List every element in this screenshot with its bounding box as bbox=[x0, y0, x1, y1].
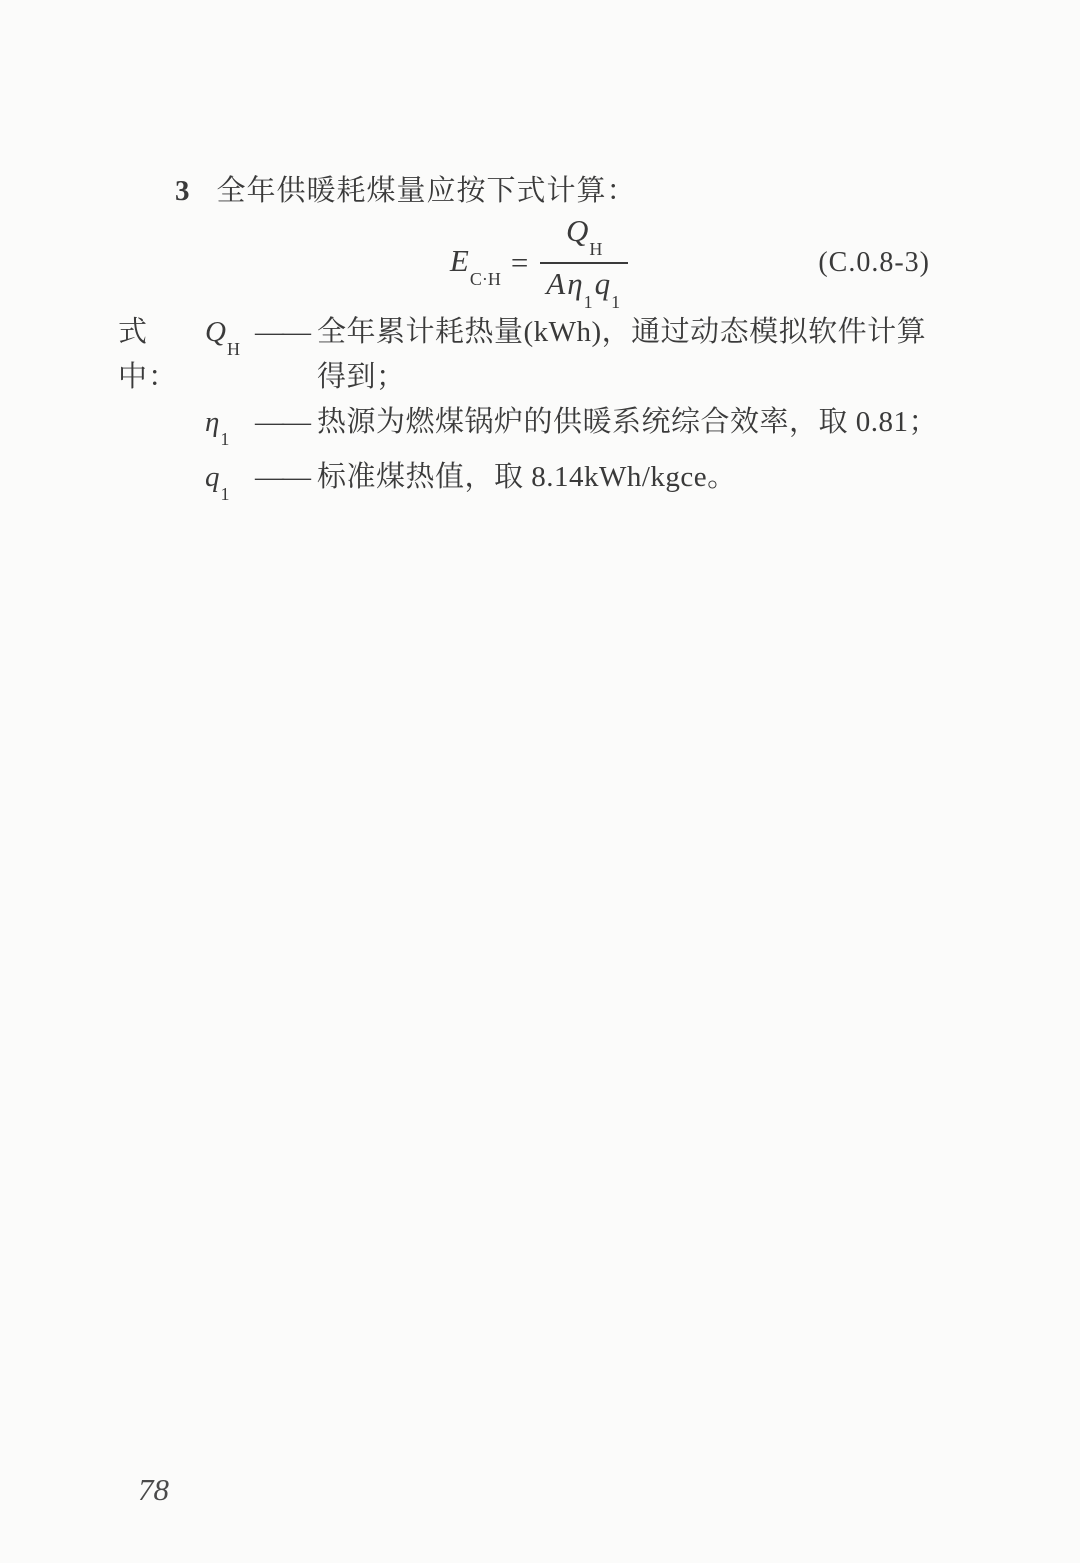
fraction-numerator: QH bbox=[560, 216, 608, 262]
definition-dash: —— bbox=[255, 400, 317, 445]
q-symbol: q bbox=[595, 266, 611, 301]
formula-lhs-subscript: C·H bbox=[470, 269, 501, 289]
formula-lhs-base: E bbox=[450, 243, 469, 278]
definition-line: 得到； bbox=[317, 355, 960, 400]
definition-line: 热源为燃煤锅炉的供暖系统综合效率，取 0.81； bbox=[317, 400, 960, 445]
fraction-denominator: Aη1q1 bbox=[540, 264, 628, 310]
denominator-term-eta: η1 bbox=[567, 266, 592, 301]
eta-subscript: 1 bbox=[584, 292, 593, 312]
item-text: 全年供暖耗煤量应按下式计算： bbox=[217, 175, 637, 207]
symbol-eta1-base: η bbox=[205, 406, 219, 438]
definition-row-QH: 式中： QH —— 全年累计耗热量(kWh)，通过动态模拟软件计算 得到； bbox=[118, 310, 960, 400]
symbol-QH-base: Q bbox=[205, 316, 226, 348]
definition-line: 标准煤热值，取 8.14kWh/kgce。 bbox=[317, 455, 960, 500]
definition-dash: —— bbox=[255, 310, 317, 355]
equation-number: (C.0.8-3) bbox=[818, 247, 930, 279]
equation-row: EC·H = QH Aη1q1 (C.0.8-3) bbox=[118, 220, 960, 306]
numerator-subscript: H bbox=[589, 239, 602, 259]
definition-text-QH: 全年累计耗热量(kWh)，通过动态模拟软件计算 得到； bbox=[317, 310, 960, 400]
formula-lhs: EC·H bbox=[450, 243, 501, 283]
page-content: 3全年供暖耗煤量应按下式计算： EC·H = QH Aη1q1 (C.0.8-3… bbox=[118, 168, 960, 510]
eta-symbol: η bbox=[567, 266, 582, 301]
definition-dash: —— bbox=[255, 455, 317, 500]
definition-text-eta1: 热源为燃煤锅炉的供暖系统综合效率，取 0.81； bbox=[317, 400, 960, 445]
document-page: 3全年供暖耗煤量应按下式计算： EC·H = QH Aη1q1 (C.0.8-3… bbox=[0, 0, 1080, 1563]
numerator-base: Q bbox=[566, 213, 588, 248]
definition-text-q1: 标准煤热值，取 8.14kWh/kgce。 bbox=[317, 455, 960, 500]
page-number: 78 bbox=[138, 1472, 169, 1508]
item-number: 3 bbox=[175, 175, 191, 207]
symbol-QH: QH bbox=[205, 310, 255, 365]
symbol-q1-base: q bbox=[205, 461, 220, 493]
denominator-term-A: A bbox=[546, 266, 565, 301]
q-subscript: 1 bbox=[611, 292, 620, 312]
denominator-term-q: q1 bbox=[595, 266, 621, 301]
definition-row-eta1: η1 —— 热源为燃煤锅炉的供暖系统综合效率，取 0.81； bbox=[118, 400, 960, 455]
equals-sign: = bbox=[511, 245, 528, 281]
where-label: 式中： bbox=[118, 310, 205, 400]
fraction: QH Aη1q1 bbox=[540, 216, 628, 310]
symbol-eta1-subscript: 1 bbox=[220, 429, 229, 449]
section-item-3: 3全年供暖耗煤量应按下式计算： bbox=[175, 168, 960, 214]
symbol-QH-subscript: H bbox=[227, 339, 240, 359]
definition-line: 全年累计耗热量(kWh)，通过动态模拟软件计算 bbox=[317, 310, 960, 355]
symbol-q1-subscript: 1 bbox=[221, 484, 230, 504]
symbol-eta1: η1 bbox=[205, 400, 255, 455]
formula: EC·H = QH Aη1q1 bbox=[450, 216, 628, 310]
definition-row-q1: q1 —— 标准煤热值，取 8.14kWh/kgce。 bbox=[118, 455, 960, 510]
symbol-q1: q1 bbox=[205, 455, 255, 510]
where-block: 式中： QH —— 全年累计耗热量(kWh)，通过动态模拟软件计算 得到； η1… bbox=[118, 310, 960, 510]
